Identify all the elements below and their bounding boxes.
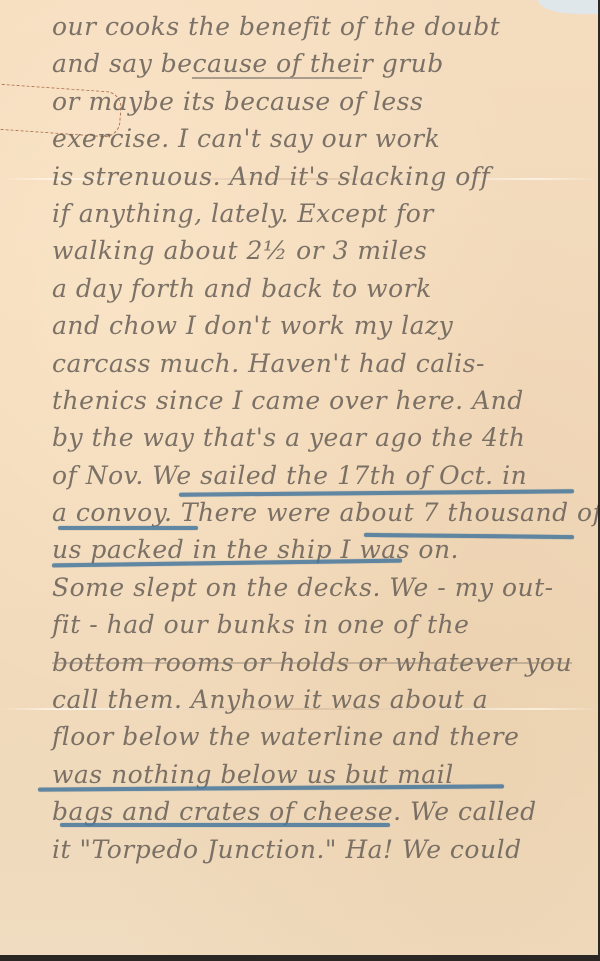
text-line: by the way that's a year ago the 4th: [52, 419, 592, 456]
text-line: us packed in the ship I was on.: [52, 531, 592, 568]
text-line: or maybe its because of less: [52, 83, 592, 120]
text-line: our cooks the benefit of the doubt: [52, 8, 592, 45]
text-line: and say because of their grub: [52, 45, 592, 82]
text-line: a day forth and back to work: [52, 270, 592, 307]
text-line: exercise. I can't say our work: [52, 120, 592, 157]
text-line: walking about 2½ or 3 miles: [52, 232, 592, 269]
pencil-underline: [192, 77, 362, 79]
text-line: if anything, lately. Except for: [52, 195, 592, 232]
text-line: floor below the waterline and there: [52, 718, 592, 755]
text-line: was nothing below us but mail: [52, 756, 592, 793]
letter-page: our cooks the benefit of the doubt and s…: [0, 0, 598, 955]
text-line: bottom rooms or holds or whatever you: [52, 644, 592, 681]
handwritten-text: our cooks the benefit of the doubt and s…: [52, 8, 592, 868]
text-line: it "Torpedo Junction." Ha! We could: [52, 831, 592, 868]
text-line: a convoy. There were about 7 thousand of: [52, 494, 592, 531]
text-line: thenics since I came over here. And: [52, 382, 592, 419]
text-line: and chow I don't work my lazy: [52, 307, 592, 344]
text-line: is strenuous. And it's slacking off: [52, 158, 592, 195]
text-line: call them. Anyhow it was about a: [52, 681, 592, 718]
scan-edge: [0, 955, 600, 961]
text-line: Some slept on the decks. We - my out-: [52, 569, 592, 606]
text-line: bags and crates of cheese. We called: [52, 793, 592, 830]
text-line: carcass much. Haven't had calis-: [52, 345, 592, 382]
text-line: of Nov. We sailed the 17th of Oct. in: [52, 457, 592, 494]
blue-underline: [60, 823, 390, 827]
blue-underline: [58, 526, 198, 530]
text-line: fit - had our bunks in one of the: [52, 606, 592, 643]
